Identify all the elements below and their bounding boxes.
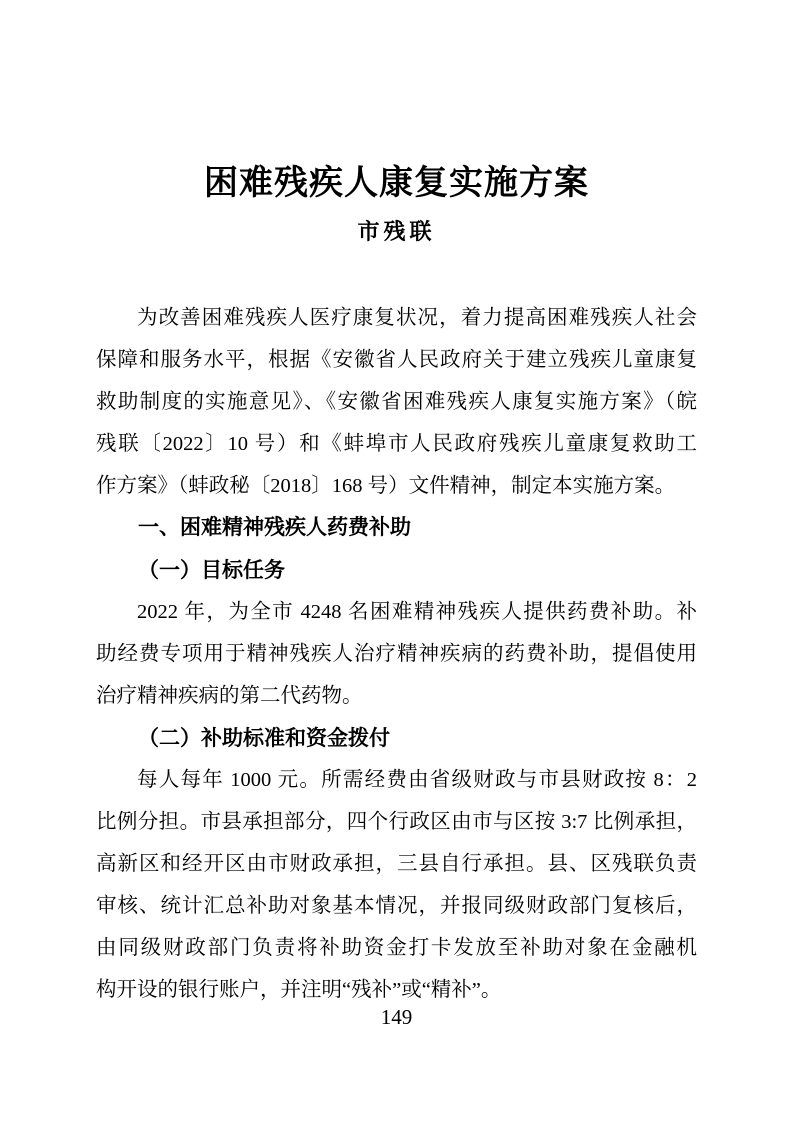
document-title: 困难残疾人康复实施方案 xyxy=(0,0,793,205)
paragraph-line: 为改善困难残疾人医疗康复状况，着力提高困难残疾人社会 xyxy=(96,297,697,339)
subsection-heading: （二）补助标准和资金拨付 xyxy=(96,717,697,759)
paragraph-line: 高新区和经开区由市财政承担，三县自行承担。县、区残联负责 xyxy=(96,843,697,885)
subsection-heading: （一）目标任务 xyxy=(96,549,697,591)
paragraph-line: 救助制度的实施意见》、《安徽省困难残疾人康复实施方案》（皖 xyxy=(96,381,697,423)
document-subtitle: 市残联 xyxy=(0,217,793,247)
paragraph-line: 2022 年，为全市 4248 名困难精神残疾人提供药费补助。补 xyxy=(96,591,697,633)
paragraph-line: 治疗精神疾病的第二代药物。 xyxy=(96,675,697,717)
paragraph-line: 每人每年 1000 元。所需经费由省级财政与市县财政按 8：2 xyxy=(96,759,697,801)
paragraph-line: 比例分担。市县承担部分，四个行政区由市与区按 3:7 比例承担， xyxy=(96,801,697,843)
paragraph-line: 助经费专项用于精神残疾人治疗精神疾病的药费补助，提倡使用 xyxy=(96,633,697,675)
document-body: 为改善困难残疾人医疗康复状况，着力提高困难残疾人社会 保障和服务水平，根据《安徽… xyxy=(96,297,697,1011)
document-page: 困难残疾人康复实施方案 市残联 为改善困难残疾人医疗康复状况，着力提高困难残疾人… xyxy=(0,0,793,1122)
paragraph-line: 保障和服务水平，根据《安徽省人民政府关于建立残疾儿童康复 xyxy=(96,339,697,381)
page-number: 149 xyxy=(0,1002,793,1032)
paragraph-line: 作方案》（蚌政秘〔2018〕168 号）文件精神，制定本实施方案。 xyxy=(96,465,697,507)
paragraph-line: 审核、统计汇总补助对象基本情况，并报同级财政部门复核后， xyxy=(96,885,697,927)
paragraph-line: 由同级财政部门负责将补助资金打卡发放至补助对象在金融机 xyxy=(96,927,697,969)
paragraph-line: 残联〔2022〕10 号）和《蚌埠市人民政府残疾儿童康复救助工 xyxy=(96,423,697,465)
section-heading: 一、困难精神残疾人药费补助 xyxy=(96,507,697,549)
